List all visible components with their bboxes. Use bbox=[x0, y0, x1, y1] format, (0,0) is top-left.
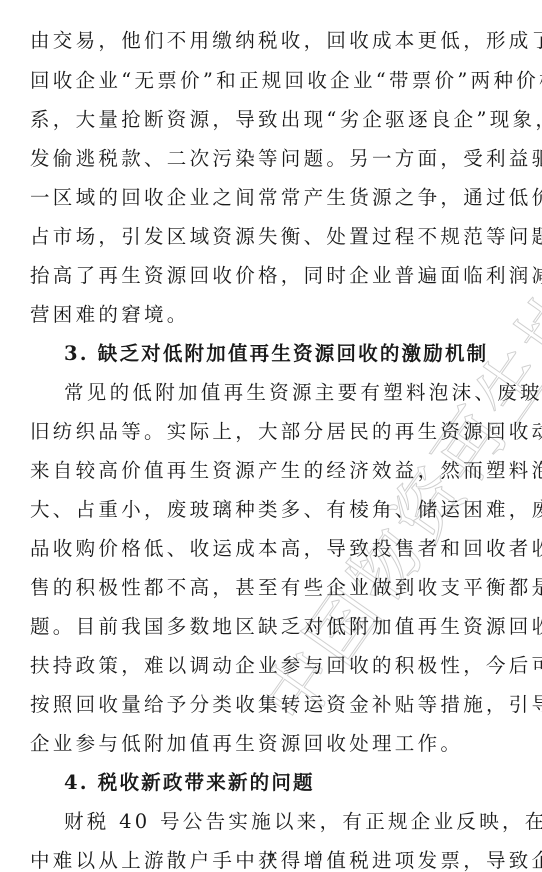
paragraph-line: 发偷逃税款、二次污染等问题。另一方面，受利益驱动，同 bbox=[30, 147, 492, 171]
paragraph-line: 题。目前我国多数地区缺乏对低附加值再生资源回收的激励、 bbox=[30, 615, 492, 639]
paragraph-line: 一区域的回收企业之间常常产生货源之争，通过低价手段抢 bbox=[30, 186, 492, 210]
paragraph-line: 扶持政策，难以调动企业参与回收的积极性，今后可以采取 bbox=[30, 654, 492, 678]
section-heading-4: 4. 税收新政带来新的问题 bbox=[64, 771, 492, 795]
paragraph-line: 常见的低附加值再生资源主要有塑料泡沫、废玻璃、废 bbox=[64, 381, 492, 405]
paragraph-line: 系，大量抢断资源，导致出现“劣企驱逐良企”现象，还引 bbox=[30, 108, 492, 132]
paragraph-line: 按照回收量给予分类收集转运资金补贴等措施，引导居民和 bbox=[30, 693, 492, 717]
paragraph-line: 占市场，引发区域资源失衡、处置过程不规范等问题，不但 bbox=[30, 225, 492, 249]
page-number: 7 bbox=[0, 852, 542, 866]
paragraph-line: 来自较高价值再生资源产生的经济效益，然而塑料泡沫体积 bbox=[30, 459, 492, 483]
section-heading-3: 3. 缺乏对低附加值再生资源回收的激励机制 bbox=[64, 342, 492, 366]
paragraph-line: 由交易，他们不用缴纳税收，回收成本更低，形成了非正规 bbox=[30, 29, 492, 53]
paragraph-line: 大、占重小，废玻璃种类多、有棱角、储运困难，废旧纺织 bbox=[30, 498, 492, 522]
paragraph-line: 回收企业“无票价”和正规回收企业“带票价”两种价格体 bbox=[30, 69, 492, 93]
paragraph-line: 品收购价格低、收运成本高，导致投售者和回收者收集、交 bbox=[30, 537, 492, 561]
paragraph-line: 营困难的窘境。 bbox=[30, 303, 492, 327]
document-page: 中国物资再生协会 由交易，他们不用缴纳税收，回收成本更低，形成了非正规 回收企业… bbox=[0, 0, 542, 872]
paragraph-line: 企业参与低附加值再生资源回收处理工作。 bbox=[30, 732, 492, 756]
paragraph-line: 售的积极性都不高，甚至有些企业做到收支平衡都是一个问 bbox=[30, 576, 492, 600]
paragraph-line: 财税 40 号公告实施以来，有正规企业反映，在经营过程 bbox=[64, 810, 492, 834]
paragraph-line: 旧纺织品等。实际上，大部分居民的再生资源回收动机通常 bbox=[30, 420, 492, 444]
paragraph-line: 抬高了再生资源回收价格，同时企业普遍面临利润减少、经 bbox=[30, 264, 492, 288]
